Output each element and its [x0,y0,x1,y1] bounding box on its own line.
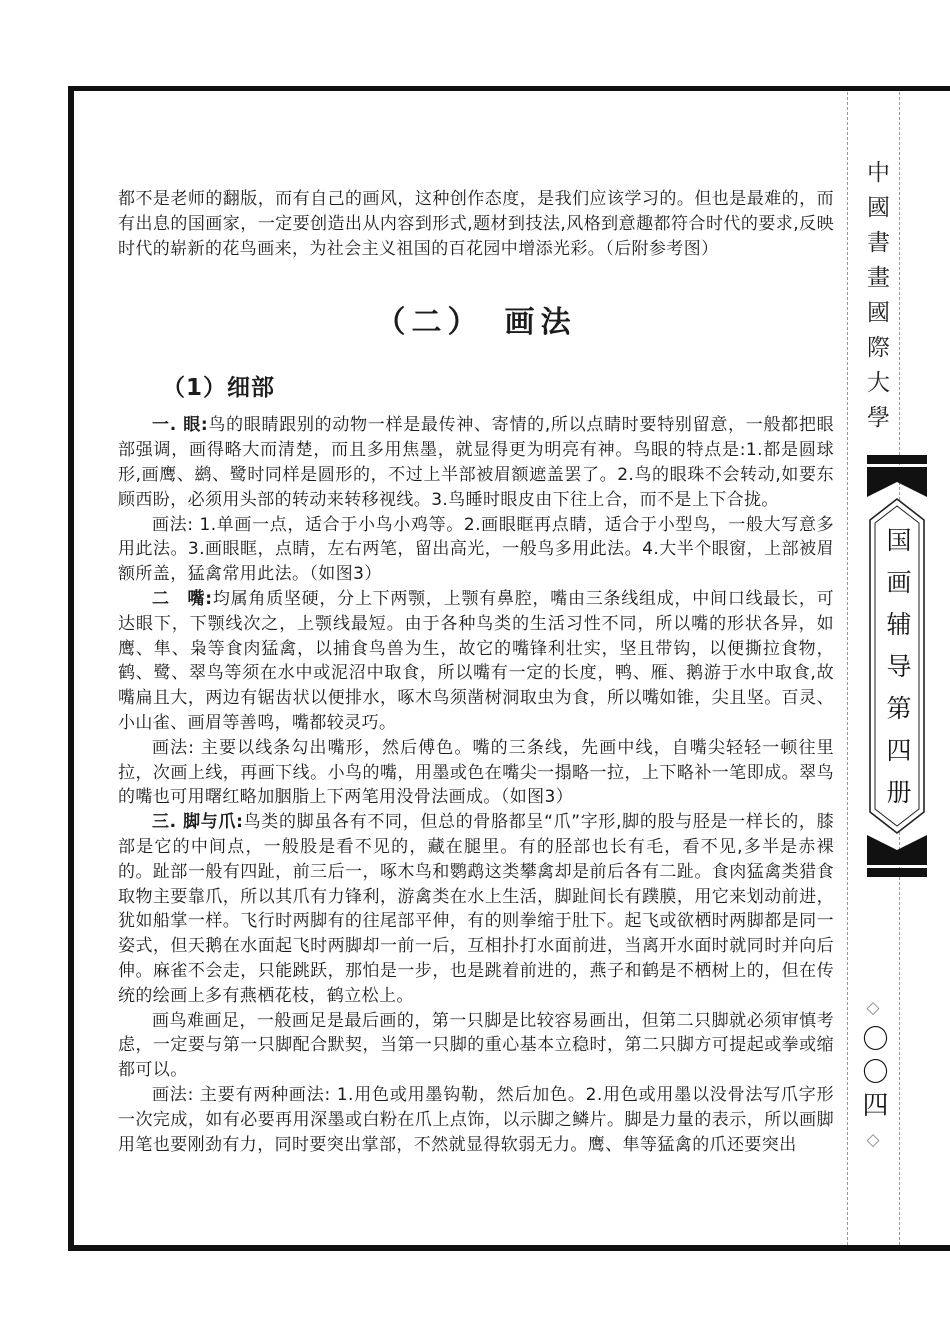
paragraph-eye-method: 画法: 1.单画一点，适合于小鸟小鸡等。2.画眼眶再点睛，适合于小型鸟，一般大写… [118,513,834,587]
scanned-book-page: 都不是老师的翻版，而有自己的画风，这种创作态度，是我们应该学习的。但也是最难的，… [0,0,950,1344]
paragraph-feet-balance: 画鸟难画足，一般画足是最后画的，第一只脚是比较容易画出，但第二只脚就必须审慎考虑… [118,1009,834,1083]
paragraph-beak-lead: 二 嘴: [152,589,212,609]
paragraph-feet: 三. 脚与爪:鸟类的脚虽各有不同，但总的骨胳都呈“爪”字形,脚的股与胫是一样长的… [118,810,834,1008]
paragraph-beak-method-body: 画法: 主要以线条勾出嘴形，然后傅色。嘴的三条线，先画中线，自嘴尖轻轻一顿往里拉… [118,738,834,808]
paragraph-feet-balance-body: 画鸟难画足，一般画足是最后画的，第一只脚是比较容易画出，但第二只脚就必须审慎考虑… [118,1011,834,1081]
sidebar-university-label: 中國書畫國際大學 [860,160,893,440]
paragraph-eye-body: 鸟的眼睛跟别的动物一样是最传神、寄情的,所以点睛时要特别留意，一般都把眼部强调，… [118,415,834,509]
section-title: （二） 画法 [118,305,834,341]
paragraph-eye-method-body: 画法: 1.单画一点，适合于小鸟小鸡等。2.画眼眶再点睛，适合于小型鸟，一般大写… [118,515,834,585]
main-text-column: 都不是老师的翻版，而有自己的画风，这种创作态度，是我们应该学习的。但也是最难的，… [118,91,834,1157]
body-text-block: 一. 眼:鸟的眼睛跟别的动物一样是最传神、寄情的,所以点睛时要特别留意，一般都把… [118,413,834,1157]
ribbon-bar-bottom [867,868,927,877]
paragraph-feet-lead: 三. 脚与爪: [152,812,243,832]
paragraph-feet-body: 鸟类的脚虽各有不同，但总的骨胳都呈“爪”字形,脚的股与胫是一样长的，膝部是它的中… [118,812,834,1006]
paragraph-feet-method: 画法: 主要有两种画法: 1.用色或用墨钩勒，然后加色。2.用色或用墨以没骨法写… [118,1083,834,1157]
ribbon-banner-bottom [867,835,927,865]
paragraph-eye: 一. 眼:鸟的眼睛跟别的动物一样是最传神、寄情的,所以点睛时要特别留意，一般都把… [118,413,834,512]
volume-label: 国画辅导第四册 [879,527,915,821]
page-number-digits: 〇〇四 [858,1025,888,1124]
paragraph-beak-method: 画法: 主要以线条勾出嘴形，然后傅色。嘴的三条线，先画中线，自嘴尖轻轻一顿往里拉… [118,736,834,810]
subsection-title: （1）细部 [162,373,834,403]
paragraph-beak: 二 嘴:均属角质坚硬，分上下两颚，上颚有鼻腔，嘴由三条线组成，中间口线最长，可达… [118,587,834,736]
page-number-column: ◇ 〇〇四 ◇ [847,1000,899,1149]
diamond-ornament-top: ◇ [866,1000,879,1017]
diamond-ornament-bottom: ◇ [866,1132,879,1149]
paragraph-beak-body: 均属角质坚硬，分上下两颚，上颚有鼻腔，嘴由三条线组成，中间口线最长，可达眼下，下… [118,589,834,733]
paragraph-eye-lead: 一. 眼: [152,415,208,435]
volume-label-plaque: 国画辅导第四册 [867,497,927,835]
volume-ribbon-box: 国画辅导第四册 [867,455,927,877]
ribbon-bar-top [867,455,927,464]
continued-paragraph: 都不是老师的翻版，而有自己的画风，这种创作态度，是我们应该学习的。但也是最难的，… [118,187,834,261]
paragraph-feet-method-body: 画法: 主要有两种画法: 1.用色或用墨钩勒，然后加色。2.用色或用墨以没骨法写… [118,1085,834,1155]
ribbon-banner-top [867,467,927,497]
